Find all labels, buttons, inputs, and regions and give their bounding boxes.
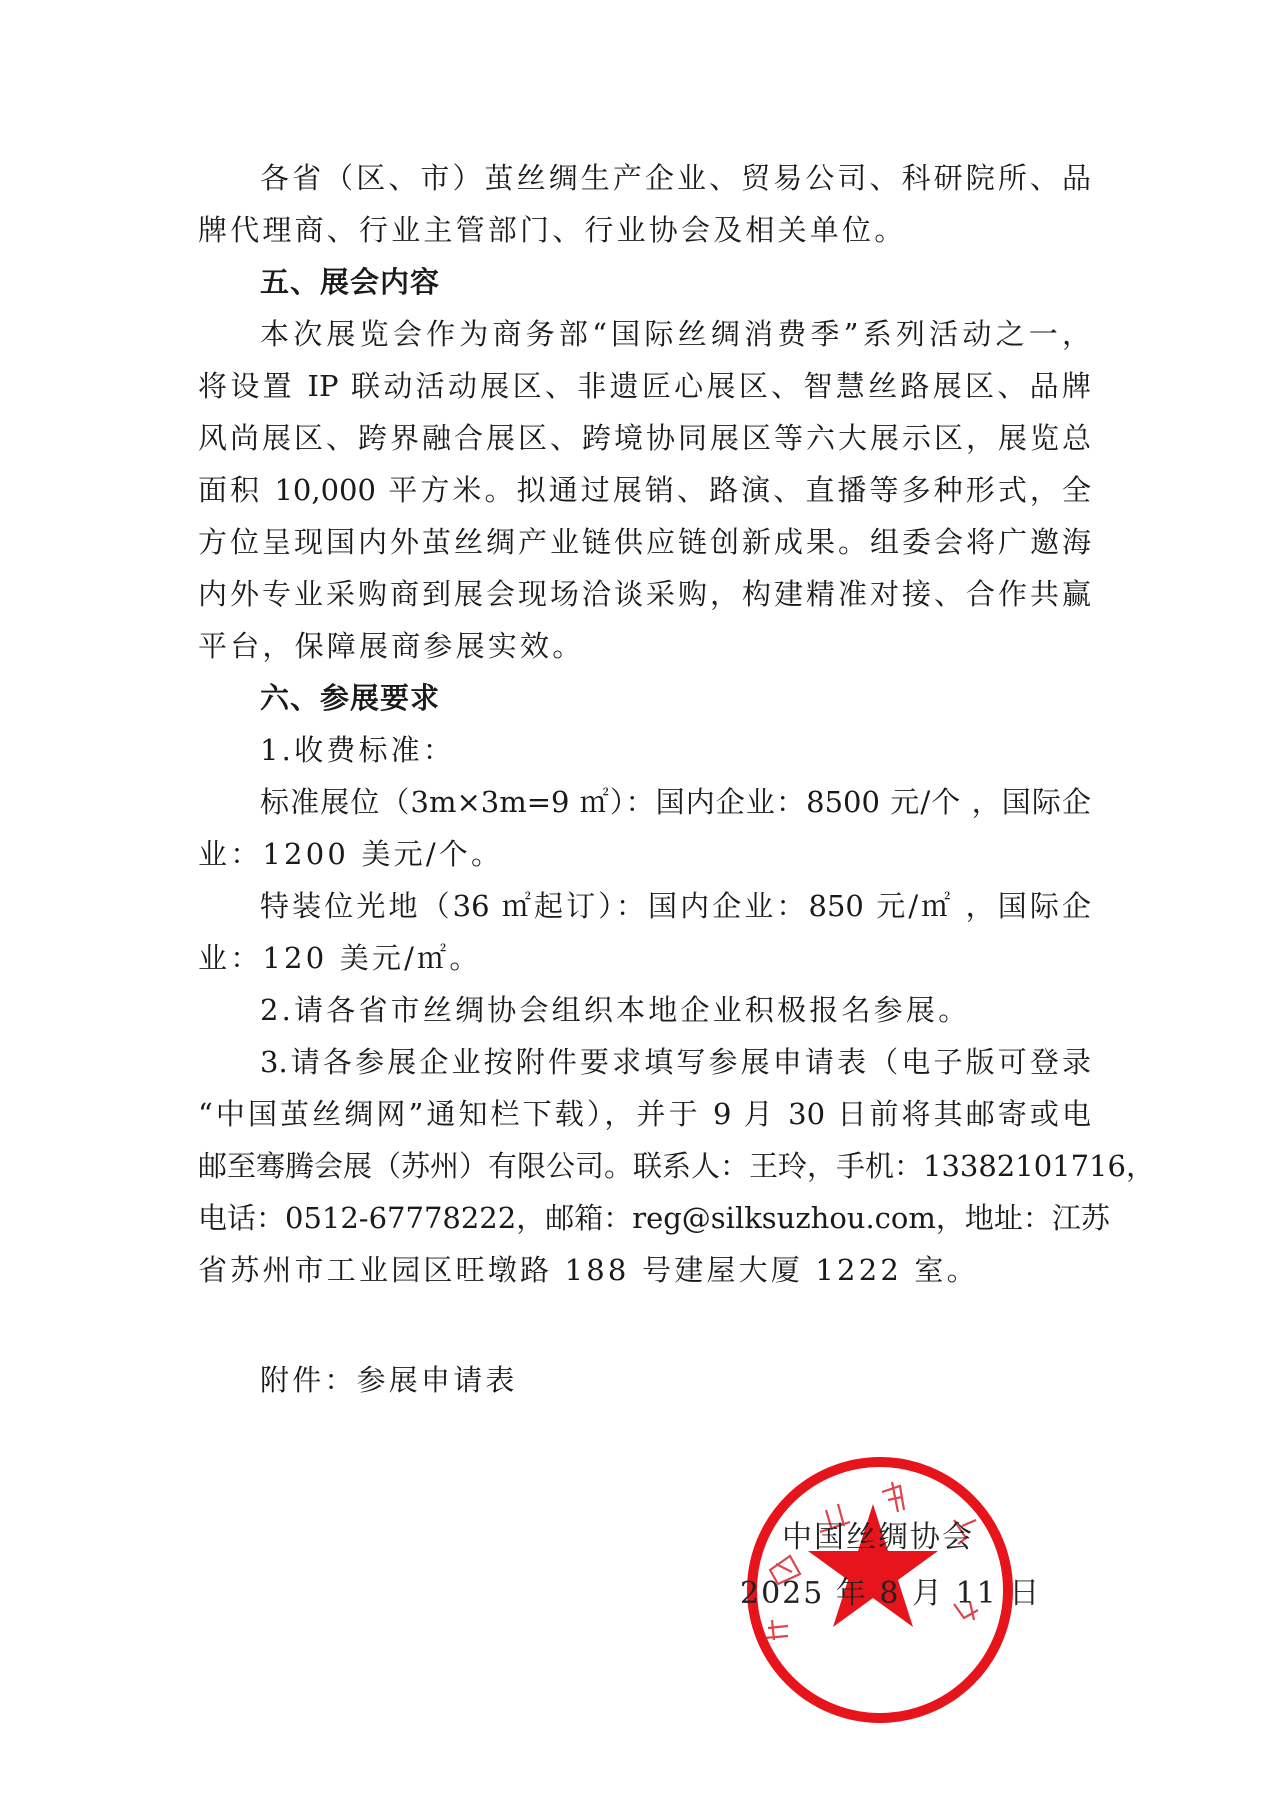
paragraph-line: 本次展览会作为商务部“国际丝绸消费季”系列活动之一，: [260, 314, 1091, 354]
paragraph-line: 方位呈现国内外茧丝绸产业链供应链创新成果。组委会将广邀海: [198, 522, 1091, 562]
requirement-item-2: 2.请各省市丝绸协会组织本地企业积极报名参展。: [260, 990, 1160, 1030]
paragraph-line: 将设置 IP 联动活动展区、非遗匠心展区、智慧丝路展区、品牌: [198, 366, 1091, 406]
paragraph-line: 平台，保障展商参展实效。: [198, 626, 1098, 666]
fee-standard-booth: 标准展位（3m×3m=9 ㎡）：国内企业：8500 元/个 ，国际企: [260, 782, 1091, 822]
section-heading-5: 五、展会内容: [260, 262, 1160, 302]
section-heading-6: 六、参展要求: [260, 678, 1160, 718]
contact-line: 邮至骞腾会展（苏州）有限公司。联系人：王玲，手机：13382101716，: [198, 1146, 1091, 1186]
paragraph-line: 内外专业采购商到展会现场洽谈采购，构建精准对接、合作共赢: [198, 574, 1091, 614]
signature-org: 中国丝绸协会: [782, 1512, 974, 1556]
fee-raw-space: 特装位光地（36 ㎡起订）：国内企业：850 元/㎡ ，国际企: [260, 886, 1091, 926]
paragraph-line: 各省（区、市）茧丝绸生产企业、贸易公司、科研院所、品: [260, 158, 1091, 198]
paragraph-line: 风尚展区、跨界融合展区、跨境协同展区等六大展示区，展览总: [198, 418, 1091, 458]
requirement-item-3: 3.请各参展企业按附件要求填写参展申请表（电子版可登录: [260, 1042, 1091, 1082]
paragraph-line: 面积 10,000 平方米。拟通过展销、路演、直播等多种形式，全: [198, 470, 1091, 510]
paragraph-line: 牌代理商、行业主管部门、行业协会及相关单位。: [198, 210, 1098, 250]
requirement-item-1: 1.收费标准：: [260, 730, 1160, 770]
signature-date: 2025 年 8 月 11 日: [740, 1568, 1041, 1612]
paragraph-line: “中国茧丝绸网”通知栏下载），并于 9 月 30 日前将其邮寄或电: [198, 1094, 1091, 1134]
paragraph-line: 业：120 美元/㎡。: [198, 938, 1098, 978]
contact-line: 电话：0512-67778222，邮箱：reg@silksuzhou.com，地…: [198, 1198, 1091, 1238]
document-page: 各省（区、市）茧丝绸生产企业、贸易公司、科研院所、品 牌代理商、行业主管部门、行…: [0, 0, 1279, 1808]
address-line: 省苏州市工业园区旺墩路 188 号建屋大厦 1222 室。: [198, 1250, 1098, 1290]
paragraph-line: 业：1200 美元/个。: [198, 834, 1098, 874]
attachment-note: 附件：参展申请表: [260, 1360, 1160, 1400]
